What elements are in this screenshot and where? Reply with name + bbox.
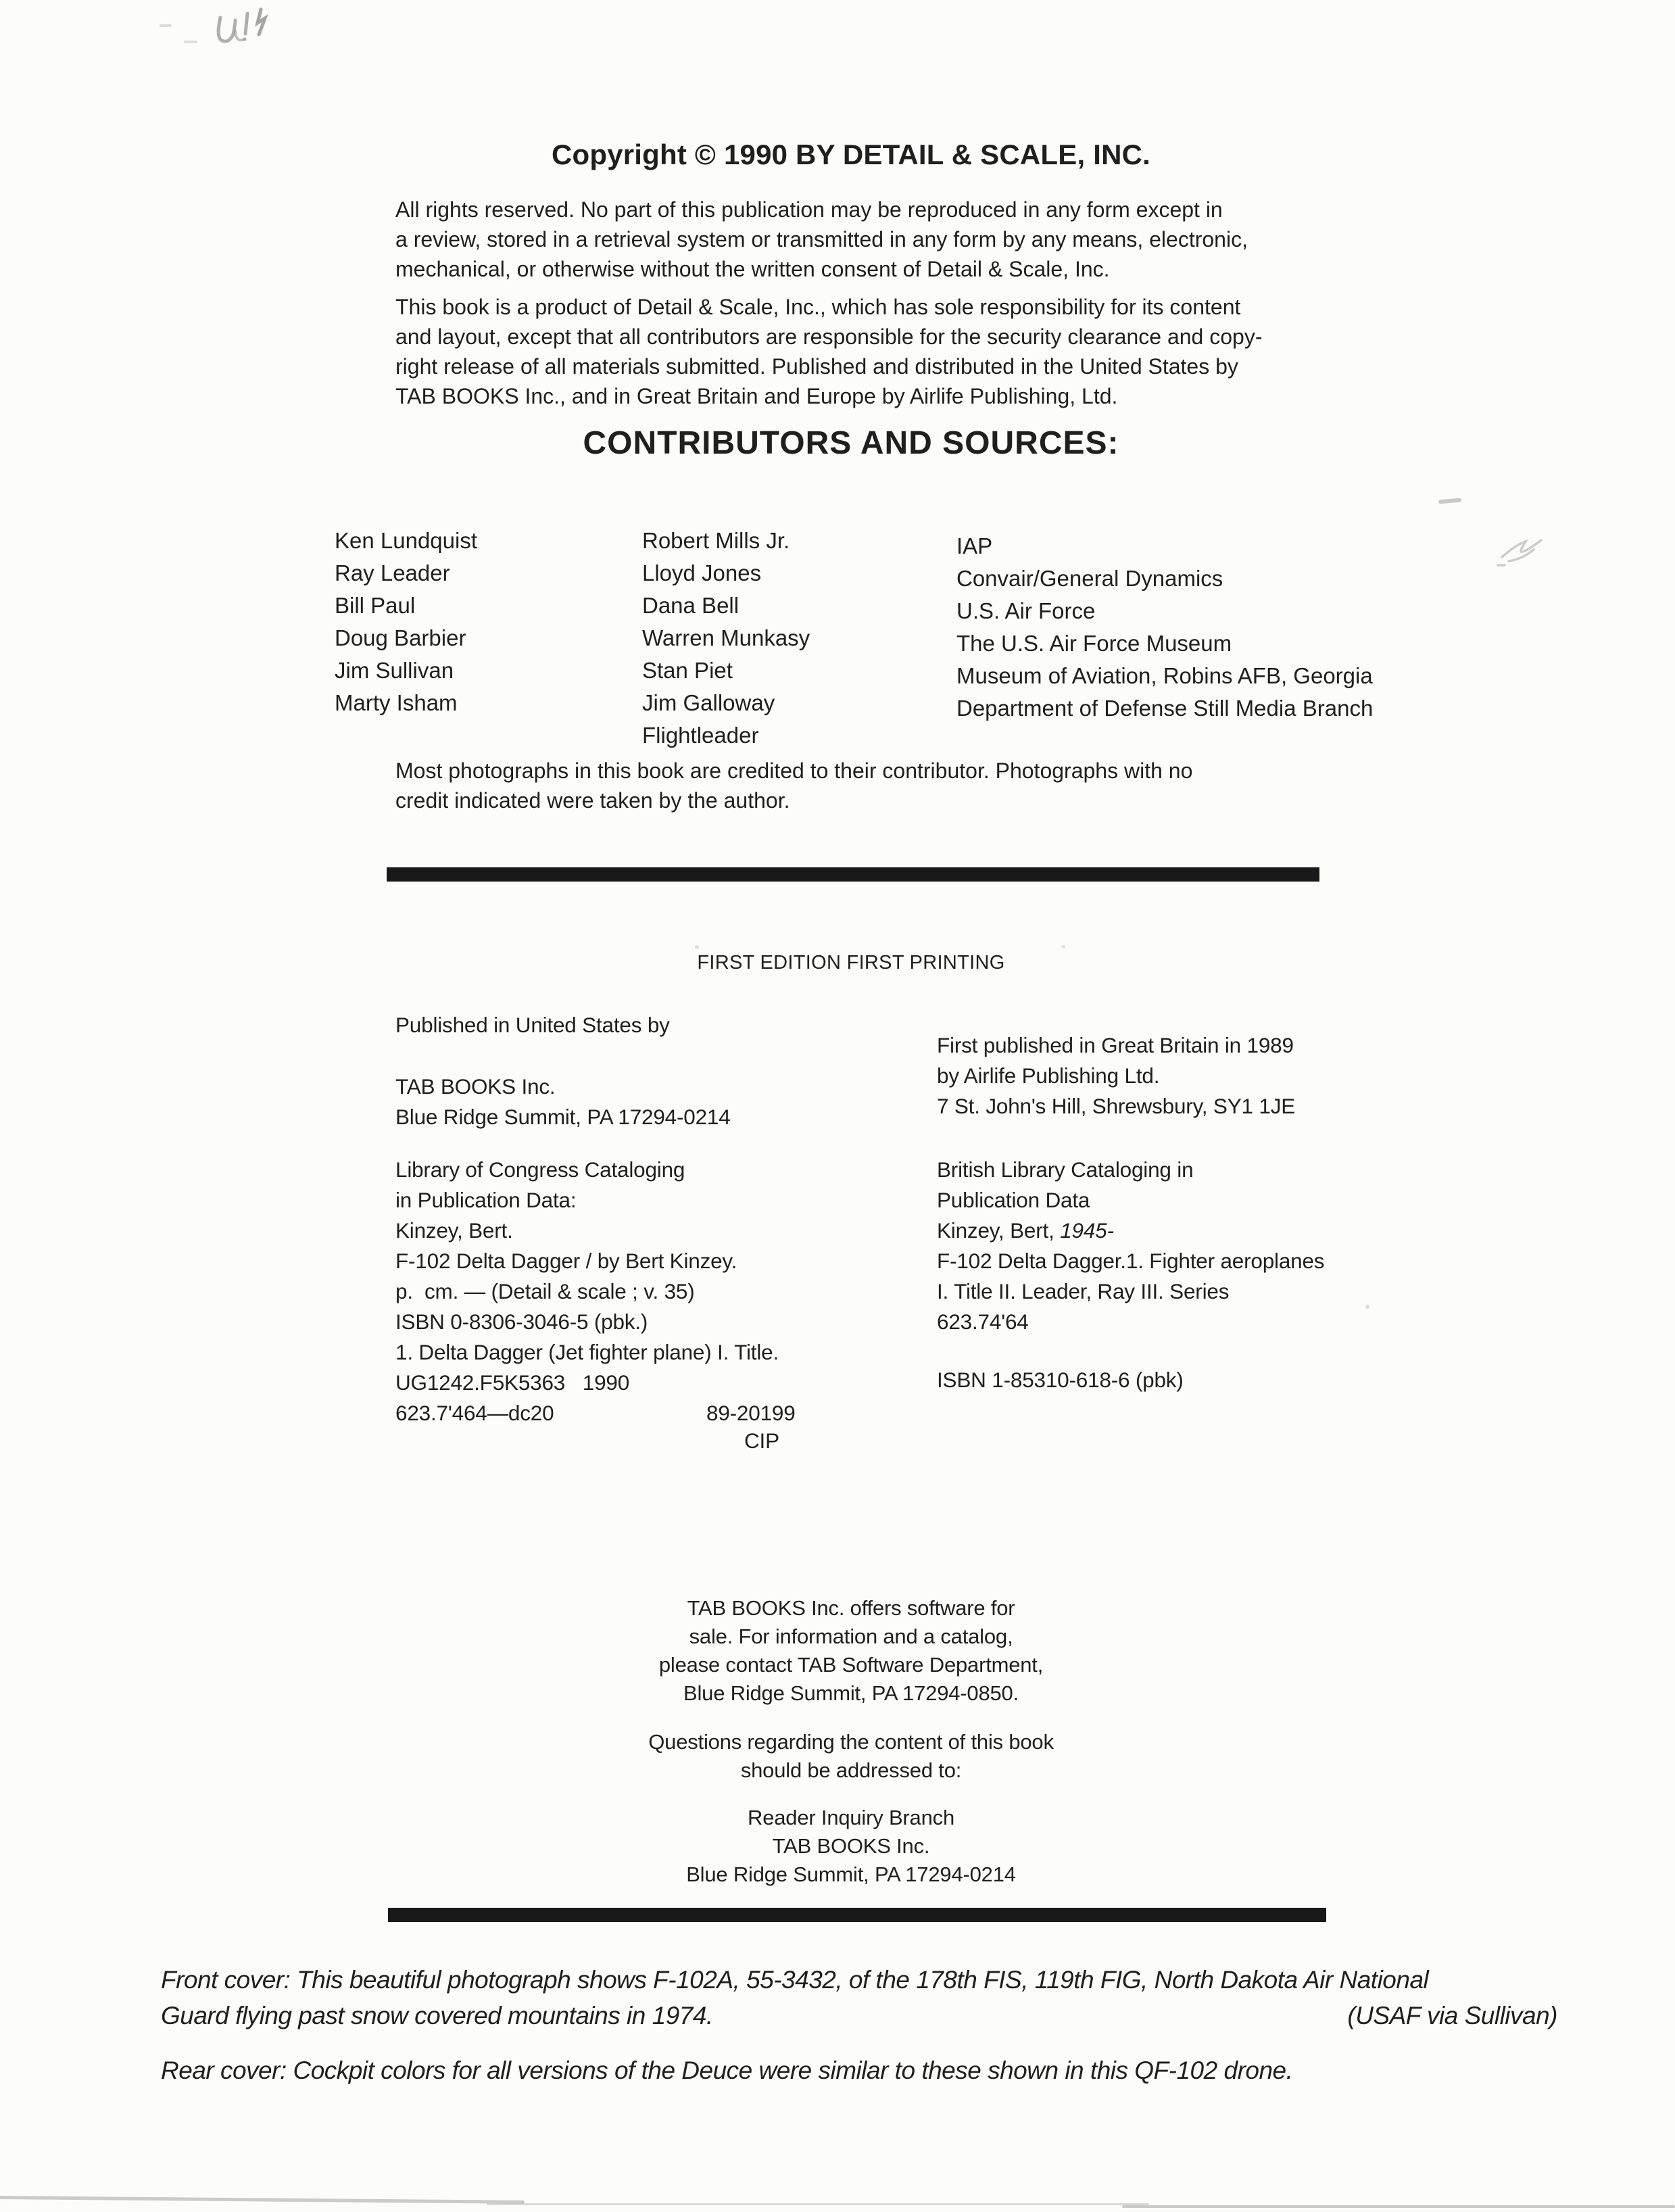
paragraph-line: a review, stored in a retrieval system o… — [395, 224, 1307, 254]
contributor-name: Dana Bell — [642, 590, 810, 622]
cip-line: p. cm. — (Detail & scale ; v. 35) — [395, 1276, 779, 1307]
paragraph-line: mechanical, or otherwise without the wri… — [395, 254, 1307, 284]
page-edge-shadow — [487, 2203, 1149, 2205]
photo-credit-note: Most photographs in this book are credit… — [395, 756, 1307, 815]
paragraph-line: All rights reserved. No part of this pub… — [395, 195, 1307, 224]
us-publisher-address: TAB BOOKS Inc. Blue Ridge Summit, PA 172… — [395, 1072, 731, 1132]
caption-line: Guard flying past snow covered mountains… — [161, 1998, 1557, 2034]
uk-catalog-line: 623.74'64 — [937, 1307, 1324, 1337]
cip-line: 1. Delta Dagger (Jet fighter plane) I. T… — [395, 1337, 779, 1368]
contributor-source: Convair/General Dynamics — [956, 562, 1373, 595]
caption-text: Guard flying past snow covered mountains… — [161, 2002, 713, 2029]
edition-line: FIRST EDITION — [697, 952, 841, 973]
address-line: Reader Inquiry Branch — [395, 1804, 1307, 1832]
note-line: sale. For information and a catalog, — [395, 1622, 1307, 1651]
uk-line: by Airlife Publishing Ltd. — [937, 1061, 1295, 1091]
cip-line: ISBN 0-8306-3046-5 (pbk.) — [395, 1307, 779, 1337]
paragraph-line: This book is a product of Detail & Scale… — [395, 292, 1307, 322]
cip-line: Kinzey, Bert. — [395, 1216, 779, 1246]
reader-inquiry-address: Reader Inquiry Branch TAB BOOKS Inc. Blu… — [395, 1804, 1307, 1889]
rights-paragraph: All rights reserved. No part of this pub… — [395, 195, 1307, 284]
note-line: TAB BOOKS Inc. offers software for — [395, 1594, 1307, 1622]
uk-line: 7 St. John's Hill, Shrewsbury, SY1 1JE — [937, 1091, 1295, 1122]
contributor-source: Department of Defense Still Media Branch — [956, 692, 1373, 725]
contributor-name: Jim Galloway — [642, 687, 810, 719]
contributor-name: Ken Lundquist — [335, 525, 477, 557]
dewey-lccn-row: 623.7'464—dc20 89-20199 — [395, 1398, 801, 1428]
scan-speck — [1061, 945, 1065, 948]
loc-line: Library of Congress Cataloging — [395, 1155, 685, 1185]
lccn-number: 89-20199 — [706, 1398, 796, 1428]
note-line: Blue Ridge Summit, PA 17294-0850. — [395, 1679, 1307, 1708]
page-edge-shadow — [0, 2196, 525, 2204]
uk-cataloging-data: F-102 Delta Dagger.1. Fighter aeroplanes… — [937, 1246, 1324, 1337]
contributor-source: U.S. Air Force — [956, 595, 1373, 627]
cip-line: F-102 Delta Dagger / by Bert Kinzey. — [395, 1246, 779, 1276]
british-library-heading: British Library Cataloging in Publicatio… — [937, 1155, 1193, 1216]
paragraph-line: Most photographs in this book are credit… — [395, 756, 1307, 786]
contributor-name: Stan Piet — [642, 654, 810, 687]
contributors-column-3: IAP Convair/General Dynamics U.S. Air Fo… — [956, 530, 1373, 725]
contributor-source: IAP — [956, 530, 1373, 562]
page-edge-shadow — [1122, 2205, 1675, 2208]
author-name: Kinzey, Bert, — [937, 1218, 1060, 1243]
contributor-source: Museum of Aviation, Robins AFB, Georgia — [956, 660, 1373, 692]
paragraph-line: credit indicated were taken by the autho… — [395, 786, 1307, 815]
scan-speck — [695, 945, 699, 949]
us-published-intro: Published in United States by — [395, 1013, 670, 1038]
blc-line: British Library Cataloging in — [937, 1155, 1193, 1185]
paragraph-line: and layout, except that all contributors… — [395, 322, 1307, 352]
software-offer-note: TAB BOOKS Inc. offers software for sale.… — [395, 1594, 1307, 1708]
contributors-column-1: Ken Lundquist Ray Leader Bill Paul Doug … — [335, 525, 477, 719]
copyright-title: Copyright © 1990 BY DETAIL & SCALE, INC. — [395, 139, 1307, 171]
contributor-name: Bill Paul — [335, 590, 477, 622]
contributor-name: Robert Mills Jr. — [642, 525, 810, 557]
scan-speck — [1365, 1305, 1369, 1309]
cip-line: UG1242.F5K5363 1990 — [395, 1368, 779, 1398]
note-line: should be addressed to: — [395, 1756, 1307, 1785]
product-paragraph: This book is a product of Detail & Scale… — [395, 292, 1307, 411]
edition-line: FIRST PRINTING — [847, 952, 1005, 973]
contributor-name: Jim Sullivan — [335, 654, 477, 687]
contributor-name: Flightleader — [642, 719, 810, 752]
edition-block: FIRST EDITION FIRST PRINTING — [395, 948, 1307, 977]
photo-credit: (USAF via Sullivan) — [1347, 1998, 1557, 2034]
contributors-heading: CONTRIBUTORS AND SOURCES: — [395, 425, 1307, 462]
margin-pencil-dash — [1438, 498, 1461, 504]
contributor-source: The U.S. Air Force Museum — [956, 627, 1373, 660]
note-line: Questions regarding the content of this … — [395, 1728, 1307, 1756]
us-cataloging-data: Kinzey, Bert. F-102 Delta Dagger / by Be… — [395, 1216, 779, 1398]
address-line: Blue Ridge Summit, PA 17294-0214 — [395, 1860, 1307, 1889]
contributor-name: Warren Munkasy — [642, 622, 810, 654]
caption-line: Front cover: This beautiful photograph s… — [161, 1962, 1557, 1998]
rear-cover-caption: Rear cover: Cockpit colors for all versi… — [161, 2057, 1292, 2085]
copyright-page: Copyright © 1990 BY DETAIL & SCALE, INC.… — [0, 0, 1675, 2212]
blc-line: Publication Data — [937, 1185, 1193, 1216]
contributors-column-2: Robert Mills Jr. Lloyd Jones Dana Bell W… — [642, 525, 810, 752]
contributor-name: Marty Isham — [335, 687, 477, 719]
paragraph-line: right release of all materials submitted… — [395, 352, 1307, 381]
pencil-scribble-mark — [155, 4, 284, 61]
paragraph-line: TAB BOOKS Inc., and in Great Britain and… — [395, 381, 1307, 411]
author-birth-year: 1945- — [1060, 1218, 1114, 1243]
publisher-line: TAB BOOKS Inc. — [395, 1072, 731, 1102]
divider-bar-top — [387, 867, 1319, 882]
uk-author-line: Kinzey, Bert, 1945- — [937, 1216, 1114, 1246]
margin-pencil-squiggle — [1495, 526, 1556, 571]
uk-line: First published in Great Britain in 1989 — [937, 1030, 1295, 1061]
contributor-name: Ray Leader — [335, 557, 477, 590]
publisher-line: Blue Ridge Summit, PA 17294-0214 — [395, 1102, 731, 1132]
front-cover-caption: Front cover: This beautiful photograph s… — [161, 1962, 1557, 2034]
address-line: TAB BOOKS Inc. — [395, 1832, 1307, 1860]
uk-isbn: ISBN 1-85310-618-6 (pbk) — [937, 1368, 1184, 1393]
uk-published-block: First published in Great Britain in 1989… — [937, 1030, 1295, 1122]
contributor-name: Doug Barbier — [335, 622, 477, 654]
loc-line: in Publication Data: — [395, 1185, 685, 1216]
contributor-name: Lloyd Jones — [642, 557, 810, 590]
cip-label: CIP — [744, 1428, 779, 1453]
divider-bar-bottom — [388, 1908, 1326, 1922]
uk-catalog-line: F-102 Delta Dagger.1. Fighter aeroplanes — [937, 1246, 1324, 1276]
uk-catalog-line: I. Title II. Leader, Ray III. Series — [937, 1276, 1324, 1307]
library-of-congress-heading: Library of Congress Cataloging in Public… — [395, 1155, 685, 1216]
questions-note: Questions regarding the content of this … — [395, 1728, 1307, 1785]
note-line: please contact TAB Software Department, — [395, 1651, 1307, 1679]
